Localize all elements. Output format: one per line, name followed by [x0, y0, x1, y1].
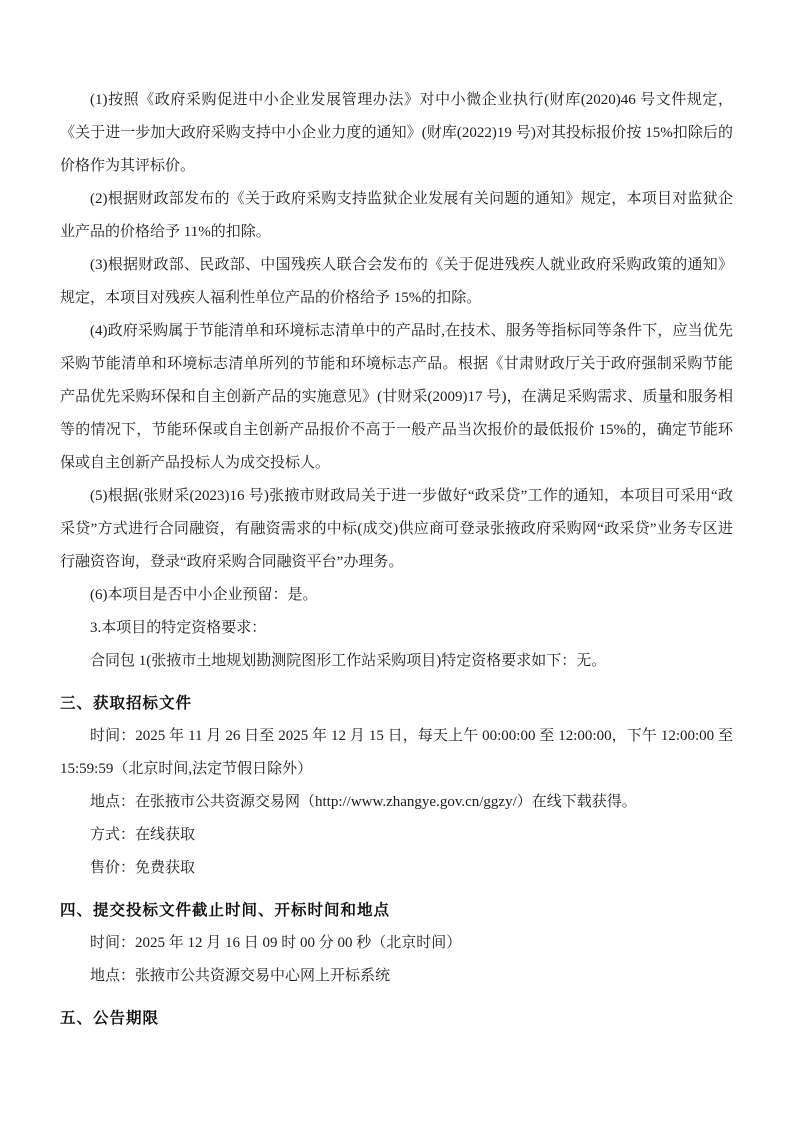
paragraph-smb-deduction-policy: (1)按照《政府采购促进中小企业发展管理办法》对中小微企业执行(财库(2020)… — [60, 84, 733, 183]
paragraph-opening-time: 时间：2025 年 12 月 16 日 09 时 00 分 00 秒（北京时间） — [60, 927, 733, 960]
paragraph-specific-qualification-intro: 3.本项目的特定资格要求： — [60, 612, 733, 645]
paragraph-obtain-time: 时间：2025 年 11 月 26 日至 2025 年 12 月 15 日，每天… — [60, 720, 733, 786]
paragraph-prison-enterprise-policy: (2)根据财政部发布的《关于政府采购支持监狱企业发展有关问题的通知》规定，本项目… — [60, 183, 733, 249]
procurement-notice-page: (1)按照《政府采购促进中小企业发展管理办法》对中小微企业执行(财库(2020)… — [0, 0, 793, 1122]
paragraph-smb-reservation: (6)本项目是否中小企业预留：是。 — [60, 579, 733, 612]
paragraph-obtain-price: 售价：免费获取 — [60, 852, 733, 885]
section-heading-submission-deadline-opening: 四、提交投标文件截止时间、开标时间和地点 — [60, 894, 733, 927]
paragraph-disabled-welfare-policy: (3)根据财政部、民政部、中国残疾人联合会发布的《关于促进残疾人就业政府采购政策… — [60, 249, 733, 315]
paragraph-procurement-loan-policy: (5)根据(张财采(2023)16 号)张掖市财政局关于进一步做好“政采贷”工作… — [60, 480, 733, 579]
paragraph-energy-saving-policy: (4)政府采购属于节能清单和环境标志清单中的产品时,在技术、服务等指标同等条件下… — [60, 315, 733, 480]
paragraph-opening-location: 地点：张掖市公共资源交易中心网上开标系统 — [60, 960, 733, 993]
section-heading-announcement-period: 五、公告期限 — [60, 1002, 733, 1035]
section-heading-obtain-bid-documents: 三、获取招标文件 — [60, 687, 733, 720]
paragraph-package1-qualification: 合同包 1(张掖市土地规划勘测院图形工作站采购项目)特定资格要求如下：无。 — [60, 645, 733, 678]
paragraph-obtain-method: 方式：在线获取 — [60, 819, 733, 852]
paragraph-obtain-location: 地点：在张掖市公共资源交易网（http://www.zhangye.gov.cn… — [60, 786, 733, 819]
